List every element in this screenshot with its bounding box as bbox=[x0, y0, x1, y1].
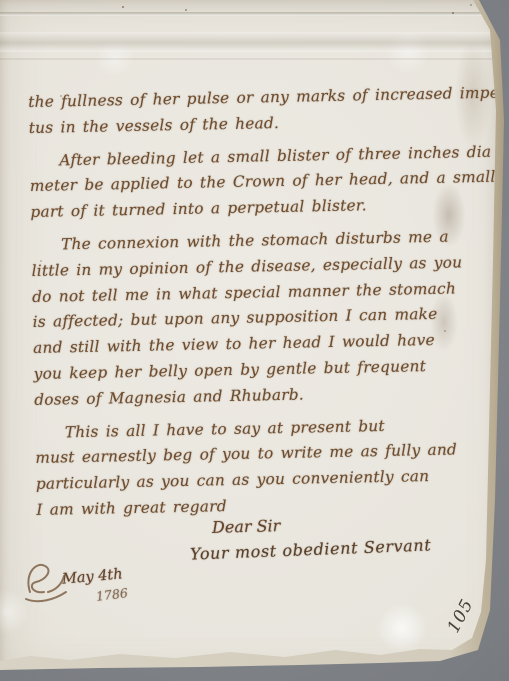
folio-number: 105 bbox=[444, 596, 478, 637]
paper-specks bbox=[122, 6, 124, 8]
letter-year: 1786 bbox=[95, 585, 128, 604]
letter-body-text: the fullness of her pulse or any marks o… bbox=[28, 81, 479, 524]
letter-signature-line: Your most obedient Servant bbox=[190, 535, 432, 563]
paper-crease bbox=[0, 58, 494, 60]
letter-page: the fullness of her pulse or any marks o… bbox=[0, 0, 509, 681]
letter-salutation: Dear Sir bbox=[212, 516, 281, 537]
letter-date: May 4th bbox=[61, 566, 123, 587]
manuscript-photo: the fullness of her pulse or any marks o… bbox=[0, 0, 509, 681]
paper-crease bbox=[0, 12, 486, 16]
paper-fold-band bbox=[0, 32, 492, 52]
